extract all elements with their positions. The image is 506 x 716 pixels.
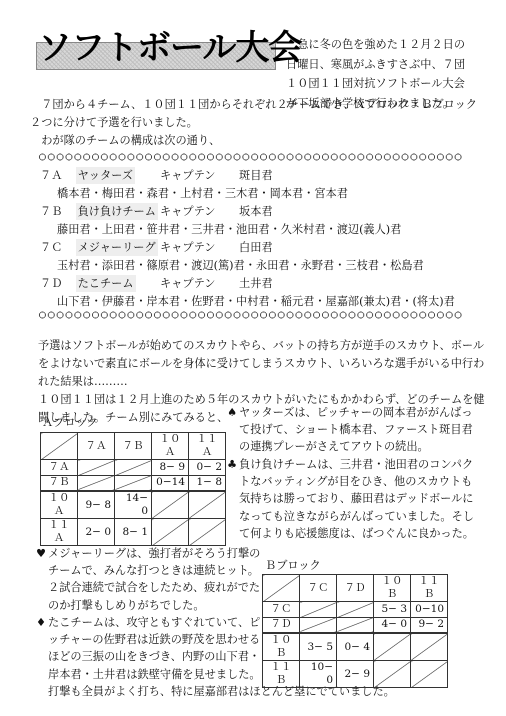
- page-title: ソフトボール大会: [38, 28, 301, 68]
- comment-line: ヤッターズは、ピッチャーの岡本君ががんばっ: [239, 406, 473, 419]
- team-7a-header: ７Ａ ヤッターズ キャプテン 斑目君: [40, 167, 135, 184]
- overview-paragraph: ７団から４チーム、１０団１１団からそれぞれ２チームでき、Ａブロック・Ｂブロック …: [30, 96, 470, 150]
- comment-line: て投げて、ショート橋本君、ファースト斑目君: [227, 421, 473, 438]
- empty-cell: [78, 475, 115, 491]
- captain-label: キャプテン: [160, 203, 215, 220]
- comment-line: チームで、みんな打つときは連続ヒット。: [36, 562, 260, 579]
- score-cell: 0−10: [411, 602, 448, 618]
- score-cell: 14− 0: [115, 491, 152, 519]
- paragraph-line: 予選はソフトボールが始めてのスカウトやら、バットの持ち方が逆手のスカウト、ボール: [38, 337, 478, 355]
- empty-cell: [189, 491, 226, 519]
- team-7b-header: ７Ｂ 負け負けチーム キャプテン 坂本君: [40, 203, 158, 220]
- comment-line: ２試合連続で試合をしたため、疲れがでた: [36, 579, 260, 596]
- block-a-score-table: ７Ａ ７Ｂ １０Ａ １１Ａ ７Ａ 8− 9 0− 2 ７Ｂ 0−14 1− 8 …: [40, 432, 226, 546]
- row-header: １０Ａ: [41, 491, 78, 519]
- team-code: ７Ａ: [40, 167, 72, 184]
- empty-cell: [411, 661, 448, 688]
- team-7a-members: 橋本君・梅田君・森君・上村君・三木君・岡本君・宮本君: [57, 185, 348, 202]
- score-cell: 5− 3: [374, 602, 411, 618]
- score-cell: 0−14: [152, 475, 189, 491]
- intro-line: 日曜日、寒風がふきすさぶ中、７団: [286, 55, 496, 75]
- column-header: １０Ａ: [152, 433, 189, 460]
- captain-label: キャプテン: [160, 275, 215, 292]
- club-icon: ♣: [227, 456, 239, 473]
- paragraph-line: わが隊のチームの構成は次の通り、: [30, 132, 470, 150]
- score-cell: 0− 4: [337, 633, 374, 661]
- comment-yatters: ♠ヤッターズは、ピッチャーの岡本君ががんばっ て投げて、ショート橋本君、ファース…: [227, 404, 473, 456]
- empty-cell: [152, 491, 189, 519]
- comment-line: 負け負けチームは、三井君・池田君のコンパク: [239, 458, 473, 471]
- empty-cell: [374, 661, 411, 688]
- row-header: ７Ｃ: [263, 602, 300, 618]
- row-header: ７Ｄ: [263, 617, 300, 633]
- empty-cell: [374, 633, 411, 661]
- paragraph-line: ２つに分けて予選を行いました。: [30, 114, 470, 132]
- score-cell: 3− 5: [300, 633, 337, 661]
- empty-cell: [337, 617, 374, 633]
- comment-line: メジャーリーグは、強打者がそろう打撃の: [48, 547, 260, 560]
- empty-cell: [152, 519, 189, 546]
- score-cell: 1− 8: [189, 475, 226, 491]
- comment-line: て何よりも応援態度は、ばつぐんに良かった。: [227, 525, 474, 542]
- corner-cell: [263, 575, 300, 602]
- captain-name: 白田君: [239, 239, 273, 256]
- column-header: ７Ｄ: [337, 575, 374, 602]
- score-cell: 10− 0: [300, 661, 337, 688]
- row-header: １１Ｂ: [263, 661, 300, 688]
- score-cell: 8− 1: [115, 519, 152, 546]
- column-header: ７Ａ: [78, 433, 115, 460]
- team-code: ７Ｂ: [40, 203, 72, 220]
- score-cell: 9− 8: [78, 491, 115, 519]
- team-7c-header: ７Ｃ メジャーリーグ キャプテン 白田君: [40, 239, 158, 256]
- empty-cell: [115, 475, 152, 491]
- spade-icon: ♠: [227, 404, 239, 421]
- comment-line: トなバッティングが目をひき、他のスカウトも: [227, 473, 474, 490]
- intro-line: １０団１１団対抗ソフトボール大会: [286, 74, 496, 94]
- team-7d-header: ７Ｄ たこチーム キャプテン 土井君: [40, 275, 136, 292]
- captain-name: 斑目君: [239, 167, 273, 184]
- score-cell: 0− 2: [189, 460, 226, 476]
- empty-cell: [78, 460, 115, 476]
- team-name: ヤッターズ: [76, 167, 135, 184]
- baseball-ornament-divider: [38, 152, 462, 162]
- captain-label: キャプテン: [160, 239, 215, 256]
- team-7c-members: 玉村君・添田君・篠原君・渡辺(篤)君・永田君・永野君・三枝君・松島君: [57, 257, 424, 274]
- comment-line: たこチームは、攻守ともすぐれていて、ピ: [48, 616, 260, 629]
- column-header: １１Ａ: [189, 433, 226, 460]
- block-b-score-table: ７Ｃ ７Ｄ １０Ｂ １１Ｂ ７Ｃ 5− 3 0−10 ７Ｄ 4− 0 9− 2 …: [262, 574, 448, 688]
- comment-line: なっても泣きながらがんばっていました。そし: [227, 508, 474, 525]
- row-header: １０Ｂ: [263, 633, 300, 661]
- captain-name: 坂本君: [239, 203, 273, 220]
- column-header: １１Ｂ: [411, 575, 448, 602]
- team-code: ７Ｄ: [40, 275, 72, 292]
- diamond-icon: ♦: [36, 614, 48, 631]
- empty-cell: [115, 460, 152, 476]
- team-name: 負け負けチーム: [76, 203, 158, 220]
- comment-line: の連携プレーがさえてアウトの続出。: [227, 438, 473, 455]
- team-name: メジャーリーグ: [76, 239, 158, 256]
- team-name: たこチーム: [76, 275, 136, 292]
- score-cell: 2− 9: [337, 661, 374, 688]
- empty-cell: [300, 602, 337, 618]
- team-7b-members: 藤田君・上田君・笹井君・三井君・池田君・久米村君・渡辺(義人)君: [57, 221, 401, 238]
- column-header: ７Ｂ: [115, 433, 152, 460]
- comment-major: ♥メジャーリーグは、強打者がそろう打撃の チームで、みんな打つときは連続ヒット。…: [36, 545, 260, 614]
- comment-line: のか打撃もしめりがちでした。: [36, 597, 260, 614]
- column-header: ７Ｃ: [300, 575, 337, 602]
- heart-icon: ♥: [36, 545, 48, 562]
- empty-cell: [337, 602, 374, 618]
- block-b-label: Ｂブロック: [265, 557, 321, 574]
- captain-label: キャプテン: [160, 167, 215, 184]
- team-code: ７Ｃ: [40, 239, 72, 256]
- comment-makemake: ♣負け負けチームは、三井君・池田君のコンパク トなバッティングが目をひき、他のス…: [227, 456, 474, 542]
- comment-line: 気持ちは勝っており、藤田君はデッドボールに: [227, 490, 474, 507]
- row-header: ７Ａ: [41, 460, 78, 476]
- score-cell: 8− 9: [152, 460, 189, 476]
- captain-name: 土井君: [239, 275, 273, 292]
- score-cell: 2− 0: [78, 519, 115, 546]
- team-7d-members: 山下君・伊藤君・岸本君・佐野君・中村君・稲元君・屋嘉部(兼太)君・(将太)君: [57, 293, 455, 310]
- row-header: １１Ａ: [41, 519, 78, 546]
- paragraph-line: ７団から４チーム、１０団１１団からそれぞれ２チームでき、Ａブロック・Ｂブロック: [30, 96, 470, 114]
- block-a-label: Ａブロック: [42, 414, 98, 431]
- empty-cell: [300, 617, 337, 633]
- paragraph-line: をよけないで素直にボールを身体に受けてしまうスカウト、いろいろな選手がいる中行わ: [38, 355, 478, 373]
- score-cell: 4− 0: [374, 617, 411, 633]
- intro-line: 急に冬の色を強めた１２月２日の: [286, 35, 496, 55]
- score-cell: 9− 2: [411, 617, 448, 633]
- row-header: ７Ｂ: [41, 475, 78, 491]
- empty-cell: [189, 519, 226, 546]
- paragraph-line: れた結果は………: [38, 373, 478, 391]
- corner-cell: [41, 433, 78, 460]
- empty-cell: [411, 633, 448, 661]
- column-header: １０Ｂ: [374, 575, 411, 602]
- baseball-ornament-divider: [38, 310, 462, 320]
